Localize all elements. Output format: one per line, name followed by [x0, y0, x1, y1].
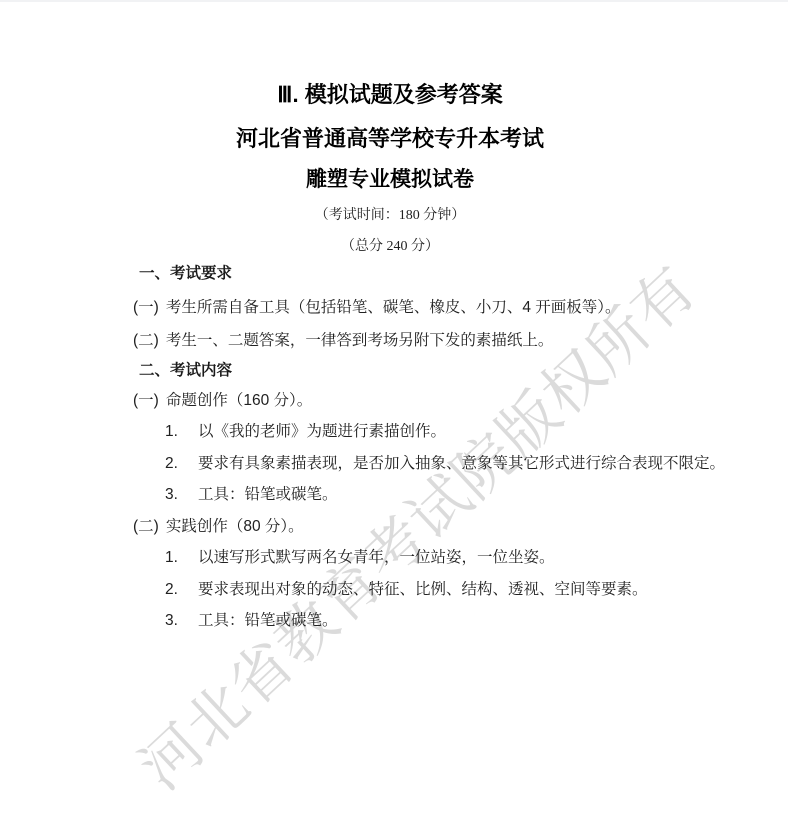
item-text: 工具：铅笔或碳笔。	[198, 611, 338, 631]
item-number: 2.	[165, 580, 178, 600]
part-title-text: 命题创作（160 分）。	[166, 392, 312, 409]
section-content-heading: 二、考试内容	[139, 361, 232, 381]
exam-paper-page: 河北省教育考试院版权所有 Ⅲ. 模拟试题及参考答案 河北省普通高等学校专升本考试…	[0, 0, 788, 823]
requirement-item-2: (二)考生一、二题答案，一律答到考场另附下发的素描纸上。	[133, 331, 553, 351]
exam-name-title: 河北省普通高等学校专升本考试	[0, 122, 780, 153]
item-number: 1.	[165, 422, 178, 442]
item-text: 要求表现出对象的动态、特征、比例、结构、透视、空间等要素。	[198, 580, 648, 600]
item-text: 以速写形式默写两名女青年，一位站姿，一位坐姿。	[198, 548, 555, 568]
item-number: 1.	[165, 548, 178, 568]
item-text: 工具：铅笔或碳笔。	[198, 485, 338, 505]
item-label: (二)	[133, 332, 159, 349]
item-number: 3.	[165, 611, 178, 631]
part-title-text: 实践创作（80 分）。	[166, 518, 304, 535]
paper-name-title: 雕塑专业模拟试卷	[0, 163, 780, 193]
item-text: 以《我的老师》为题进行素描创作。	[198, 422, 446, 442]
requirement-item-1: (一)考生所需自备工具（包括铅笔、碳笔、橡皮、小刀、4 开画板等）。	[133, 298, 621, 318]
part-label: (二)	[133, 518, 159, 535]
section-requirements-heading: 一、考试要求	[139, 264, 232, 284]
document-content: Ⅲ. 模拟试题及参考答案 河北省普通高等学校专升本考试 雕塑专业模拟试卷 （考试…	[0, 2, 788, 823]
item-text: 要求有具象素描表现，是否加入抽象、意象等其它形式进行综合表现不限定。	[198, 454, 725, 474]
item-label: (一)	[133, 299, 159, 316]
part-1-title: (一)命题创作（160 分）。	[133, 391, 312, 411]
doc-section-title: Ⅲ. 模拟试题及参考答案	[0, 78, 780, 109]
item-number: 2.	[165, 454, 178, 474]
item-number: 3.	[165, 485, 178, 505]
part-2-title: (二)实践创作（80 分）。	[133, 517, 304, 537]
total-score: （总分 240 分）	[0, 235, 780, 255]
exam-time: （考试时间：180 分钟）	[0, 204, 780, 224]
item-text: 考生所需自备工具（包括铅笔、碳笔、橡皮、小刀、4 开画板等）。	[166, 299, 621, 316]
part-label: (一)	[133, 392, 159, 409]
item-text: 考生一、二题答案，一律答到考场另附下发的素描纸上。	[166, 332, 554, 349]
